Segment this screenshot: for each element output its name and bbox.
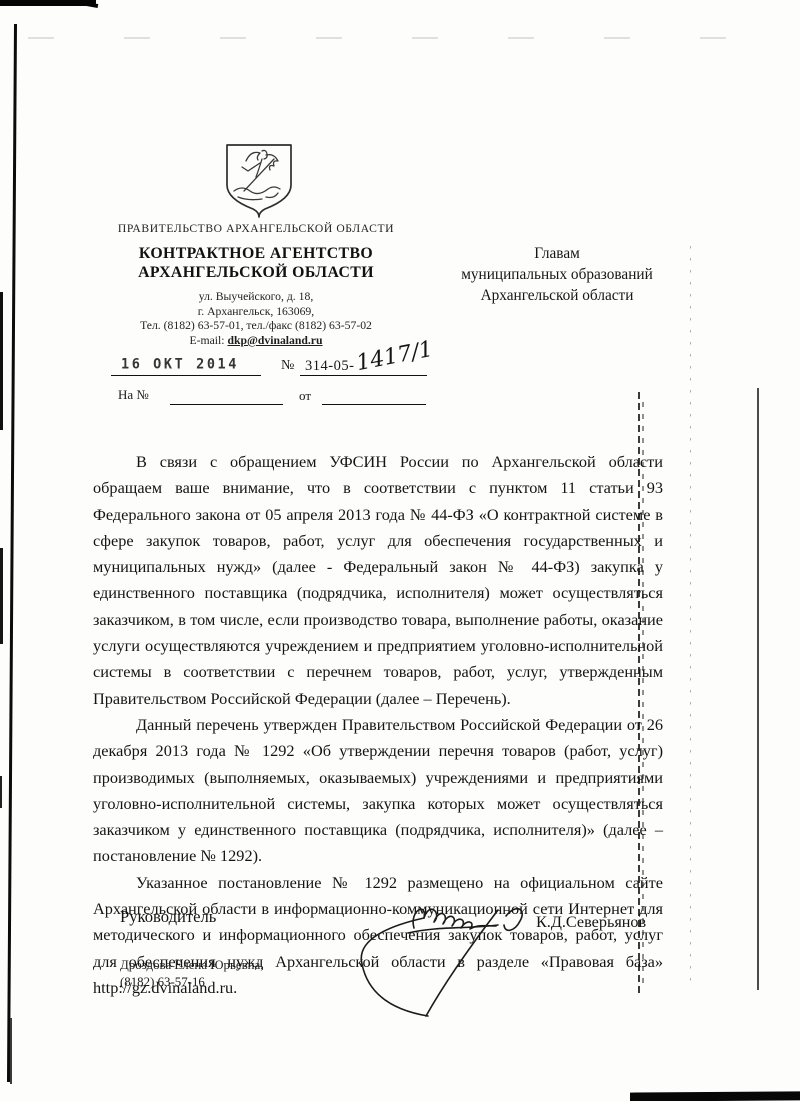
address-city: г. Архангельск, 163069, <box>20 305 492 320</box>
recipient-line2: муниципальных образований <box>418 264 696 285</box>
government-line: ПРАВИТЕЛЬСТВО АРХАНГЕЛЬСКОЙ ОБЛАСТИ <box>20 222 492 235</box>
scan-artifact-dotted-line <box>690 246 691 988</box>
paragraph-1: В связи с обращением УФСИН России по Арх… <box>93 449 663 712</box>
scan-artifact-left-strip <box>0 776 2 808</box>
executor-phone: (8182) 63-57-16 <box>120 974 264 991</box>
signatory-position: Руководитель <box>120 907 216 927</box>
recipient-block: Главам муниципальных образований Арханге… <box>418 243 696 306</box>
scan-artifact-left-strip <box>0 292 3 430</box>
signatory-name: К.Д.Северьянов <box>536 913 646 932</box>
scan-artifact-top-bar-tail <box>86 2 99 8</box>
scan-artifact-right-fold-line <box>757 388 759 990</box>
number-underline <box>300 375 427 376</box>
coat-of-arms-icon <box>218 141 300 219</box>
scan-artifact-left-strip <box>0 548 3 644</box>
incoming-date-stamp: 16 ОКТ 2014 <box>121 355 239 372</box>
recipient-line1: Главам <box>418 243 696 264</box>
scan-artifact-left-page-edge <box>7 24 17 1082</box>
of-date-underline <box>322 404 426 405</box>
paragraph-2: Данный перечень утвержден Правительством… <box>93 712 663 870</box>
scanned-letter-page: ПРАВИТЕЛЬСТВО АРХАНГЕЛЬСКОЙ ОБЛАСТИ КОНТ… <box>0 0 800 1101</box>
in-reply-to-label: На № <box>118 387 149 403</box>
scan-artifact-bottom-right-bar <box>630 1091 800 1101</box>
executor-block: Дроздова Елена Юрьевна, (8182) 63-57-16 <box>120 957 264 991</box>
email-label: E-mail: <box>190 334 228 347</box>
email-address: dkp@dvinaland.ru <box>227 334 322 347</box>
scan-artifact-top-bar <box>0 0 96 6</box>
scan-artifact-faint-dashes <box>28 37 748 39</box>
in-reply-underline <box>170 404 283 405</box>
of-date-label: от <box>299 388 311 404</box>
handwritten-signature <box>348 888 533 1028</box>
scan-artifact-bottom-left-line <box>10 1018 12 1084</box>
recipient-line3: Архангельской области <box>418 285 696 306</box>
outgoing-number-typed: 314-05- <box>305 358 354 375</box>
number-sign: № <box>281 358 294 374</box>
executor-name: Дроздова Елена Юрьевна, <box>120 957 264 974</box>
address-phone: Тел. (8182) 63-57-01, тел./факс (8182) 6… <box>20 319 492 334</box>
date-underline <box>111 375 261 376</box>
